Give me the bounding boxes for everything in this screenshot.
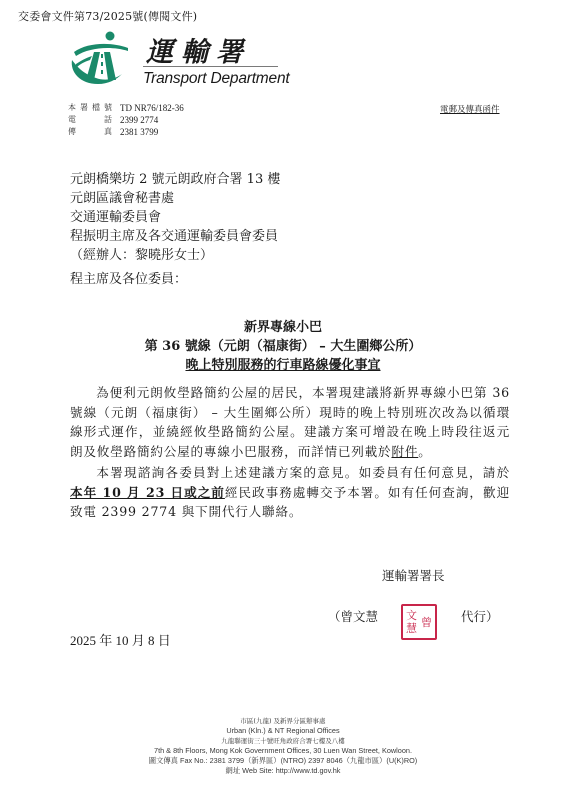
subject-line-1: 新界專線小巴 bbox=[0, 318, 566, 337]
dept-name-en: Transport Department bbox=[143, 70, 289, 88]
address-line: （經辦人：黎曉彤女士） bbox=[70, 246, 280, 265]
footer-address-en: 7th & 8th Floors, Mong Kok Government Of… bbox=[0, 746, 566, 756]
meta-row-phone: 電 話 2399 2774 bbox=[68, 114, 184, 126]
salutation: 程主席及各位委員： bbox=[70, 268, 187, 287]
delivery-method: 電郵及傳真函件 bbox=[440, 103, 500, 115]
meta-label: 傳 真 bbox=[68, 126, 120, 138]
meta-row-file-ref: 本 署 檔 號 TD NR76/182-36 bbox=[68, 102, 184, 114]
signature-seal-icon: 文 慧 曾 bbox=[401, 604, 437, 640]
footer-office-zh: 市區(九龍) 及新界分區辦事處 bbox=[0, 716, 566, 726]
acting-label: 代行） bbox=[461, 607, 499, 625]
address-line: 元朗區議會秘書處 bbox=[70, 189, 280, 208]
meta-label: 本 署 檔 號 bbox=[68, 102, 120, 114]
signer-title: 運輸署署長 bbox=[382, 566, 445, 584]
body-paragraph-2: 本署現諮詢各委員對上述建議方案的意見。如委員有任何意見，請於本年 10 月 23… bbox=[70, 463, 510, 522]
paragraph-text: 本署現諮詢各委員對上述建議方案的意見。如委員有任何意見，請於 bbox=[96, 465, 510, 480]
fax-value: 2381 3799 bbox=[120, 126, 158, 138]
letter-date: 2025 年 10 月 8 日 bbox=[70, 630, 171, 649]
address-line: 交通運輸委員會 bbox=[70, 208, 280, 227]
phone-value: 2399 2774 bbox=[120, 114, 158, 126]
body-paragraph-1: 為便利元朗攸壆路簡約公屋的居民，本署現建議將新界專線小巴第 36 號線（元朗（福… bbox=[70, 383, 510, 461]
subject-line-2: 第 36 號線（元朗（福康街） – 大生圍鄉公所） bbox=[0, 337, 566, 356]
document-reference: 交委會文件第73/2025號(傳閱文件) bbox=[18, 8, 197, 24]
transport-department-logo-icon bbox=[68, 30, 130, 86]
footer-website[interactable]: 網址 Web Site: http://www.td.gov.hk bbox=[0, 766, 566, 776]
meta-label: 電 話 bbox=[68, 114, 120, 126]
annex-link[interactable]: 附件 bbox=[391, 444, 418, 459]
footer-office-en: Urban (Kln.) & NT Regional Offices bbox=[0, 726, 566, 736]
footer-address-zh: 九龍聯運街三十號旺角政府合署七樓及八樓 bbox=[0, 736, 566, 746]
address-line: 程振明主席及各交通運輸委員會委員 bbox=[70, 227, 280, 246]
reference-block: 本 署 檔 號 TD NR76/182-36 電 話 2399 2774 傳 真… bbox=[68, 102, 184, 138]
logo-divider bbox=[143, 66, 278, 67]
subject-line-3: 晚上特別服務的行車路線優化事宜 bbox=[185, 358, 380, 373]
dept-name-zh: 運輸署 bbox=[146, 30, 251, 69]
meta-row-fax: 傳 真 2381 3799 bbox=[68, 126, 184, 138]
subject-heading: 新界專線小巴 第 36 號線（元朗（福康街） – 大生圍鄉公所） 晚上特別服務的… bbox=[0, 318, 566, 375]
recipient-address: 元朗橋樂坊 2 號元朗政府合署 13 樓 元朗區議會秘書處 交通運輸委員會 程振… bbox=[70, 170, 280, 265]
footer: 市區(九龍) 及新界分區辦事處 Urban (Kln.) & NT Region… bbox=[0, 716, 566, 776]
signer-name: （曾文慧 bbox=[328, 607, 378, 625]
footer-fax: 圖文傳真 Fax No.: 2381 3799（新界區）(NTRO) 2397 … bbox=[0, 756, 566, 766]
deadline-text: 本年 10 月 23 日或之前 bbox=[70, 485, 225, 500]
file-reference-value: TD NR76/182-36 bbox=[120, 102, 184, 114]
paragraph-text: 為便利元朗攸壆路簡約公屋的居民，本署現建議將新界專線小巴第 36 號線（元朗（福… bbox=[70, 385, 510, 459]
address-line: 元朗橋樂坊 2 號元朗政府合署 13 樓 bbox=[70, 170, 280, 189]
